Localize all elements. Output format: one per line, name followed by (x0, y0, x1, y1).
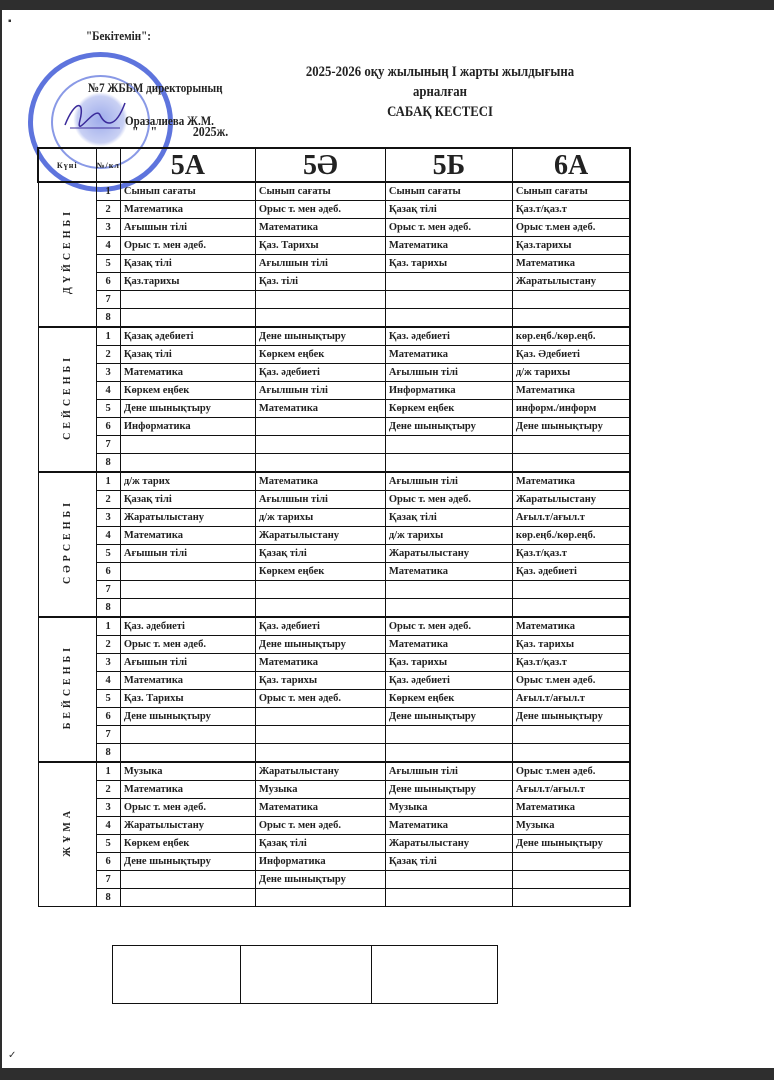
lesson-cell: Ағышын тілі (120, 654, 255, 672)
lesson-number: 3 (96, 799, 120, 817)
lesson-cell: Көркем еңбек (120, 835, 255, 853)
lesson-cell: Қаз. тілі (255, 273, 385, 291)
lesson-cell (255, 418, 385, 436)
lesson-cell (385, 309, 512, 328)
lesson-cell: Қазақ тілі (120, 346, 255, 364)
table-row: 6Дене шынықтыруДене шынықтыруДене шынықт… (38, 708, 630, 726)
table-row: 3Жаратылыстануд/ж тарихыҚазақ тіліАғыл.т… (38, 509, 630, 527)
lesson-cell (120, 309, 255, 328)
table-row: 8 (38, 454, 630, 473)
lesson-cell: Музыка (385, 799, 512, 817)
lesson-cell: Сынып сағаты (120, 182, 255, 201)
lesson-number: 7 (96, 581, 120, 599)
table-row: 4Көркем еңбекАғылшын тіліИнформатикаМате… (38, 382, 630, 400)
lesson-cell: Көркем еңбек (255, 563, 385, 581)
lesson-cell: Көркем еңбек (255, 346, 385, 364)
lesson-cell: Математика (385, 237, 512, 255)
lesson-cell: Музыка (512, 817, 630, 835)
lesson-number: 7 (96, 871, 120, 889)
lesson-cell: Қаз. әдебиеті (255, 617, 385, 636)
lesson-cell: Ағылшын тілі (255, 491, 385, 509)
lesson-cell: Қаз. тарихы (512, 636, 630, 654)
lesson-cell: Дене шынықтыру (385, 708, 512, 726)
day-label-thursday: БЕЙСЕНБІ (38, 617, 96, 762)
table-row: 2Қазақ тіліКөркем еңбекМатематикаҚаз. Әд… (38, 346, 630, 364)
lesson-cell: Дене шынықтыру (120, 853, 255, 871)
lesson-cell: Математика (255, 654, 385, 672)
lesson-cell (512, 871, 630, 889)
lesson-cell (385, 454, 512, 473)
lesson-cell: Орыс т. мен әдеб. (120, 799, 255, 817)
lesson-cell: Орыс т. мен әдеб. (385, 219, 512, 237)
lesson-cell (255, 889, 385, 907)
table-row: 8 (38, 599, 630, 618)
lesson-cell: Сынып сағаты (512, 182, 630, 201)
table-row: 2Орыс т. мен әдеб.Дене шынықтыруМатемати… (38, 636, 630, 654)
lesson-cell (512, 726, 630, 744)
day-name: ЖҰМА (59, 807, 76, 857)
lesson-cell: Математика (120, 672, 255, 690)
lesson-cell (512, 291, 630, 309)
table-row: БЕЙСЕНБІ1Қаз. әдебиетіҚаз. әдебиетіОрыс … (38, 617, 630, 636)
day-label-tuesday: СЕЙСЕНБІ (38, 327, 96, 472)
lesson-number: 5 (96, 690, 120, 708)
lesson-cell: Орыс т.мен әдеб. (512, 672, 630, 690)
lesson-cell: Ағышын тілі (120, 545, 255, 563)
table-row: 8 (38, 309, 630, 328)
lesson-cell: Орыс т. мен әдеб. (255, 690, 385, 708)
table-row: 7 (38, 291, 630, 309)
lesson-cell: Информатика (255, 853, 385, 871)
lesson-number: 7 (96, 291, 120, 309)
lesson-cell: Қаз.т/қаз.т (512, 201, 630, 219)
lesson-number: 4 (96, 382, 120, 400)
lesson-cell: Қазақ әдебиеті (120, 327, 255, 346)
lesson-cell: Ағылшын тілі (385, 472, 512, 491)
lesson-number: 3 (96, 364, 120, 382)
lesson-cell: Қаз. Тарихы (120, 690, 255, 708)
lesson-cell (120, 599, 255, 618)
lesson-number: 6 (96, 273, 120, 291)
lesson-cell: Математика (512, 617, 630, 636)
lesson-cell (512, 599, 630, 618)
lesson-cell: Дене шынықтыру (385, 781, 512, 799)
lesson-number: 3 (96, 509, 120, 527)
lesson-cell (120, 563, 255, 581)
table-row: 2МатематикаМузыкаДене шынықтыруАғыл.т/ағ… (38, 781, 630, 799)
day-name: ДҮЙСЕНБІ (59, 208, 76, 294)
lesson-cell: Математика (255, 400, 385, 418)
table-row: 4МатематикаҚаз. тарихыҚаз. әдебиетіОрыс … (38, 672, 630, 690)
day-label-monday: ДҮЙСЕНБІ (38, 182, 96, 327)
scan-speck: ▪ (8, 16, 12, 27)
blank-cell (372, 946, 498, 1004)
lesson-cell: Жаратылыстану (120, 817, 255, 835)
table-row: СЕЙСЕНБІ1Қазақ әдебиетіДене шынықтыруҚаз… (38, 327, 630, 346)
lesson-cell: Қаз. әдебиеті (512, 563, 630, 581)
table-row: ЖҰМА1МузыкаЖаратылыстануАғылшын тіліОрыс… (38, 762, 630, 781)
lesson-number: 8 (96, 889, 120, 907)
lesson-cell (120, 744, 255, 763)
lesson-cell (255, 436, 385, 454)
lesson-cell: Қаз. Әдебиеті (512, 346, 630, 364)
lesson-cell: Математика (385, 817, 512, 835)
lesson-number: 1 (96, 762, 120, 781)
lesson-cell (512, 581, 630, 599)
lesson-number: 2 (96, 346, 120, 364)
lesson-cell: Дене шынықтыру (385, 418, 512, 436)
lesson-number: 5 (96, 545, 120, 563)
lesson-cell: Дене шынықтыру (255, 636, 385, 654)
lesson-cell: Жаратылыстану (512, 273, 630, 291)
lesson-cell: Қазақ тілі (385, 853, 512, 871)
lesson-cell: Жаратылыстану (255, 762, 385, 781)
lesson-cell: Қаз. әдебиеті (120, 617, 255, 636)
approval-label: "Бекітемін": (86, 28, 151, 44)
lesson-cell: Дене шынықтыру (512, 835, 630, 853)
lesson-cell: Қазақ тілі (120, 255, 255, 273)
lesson-cell: Математика (385, 636, 512, 654)
table-row: 4ЖаратылыстануОрыс т. мен әдеб.Математик… (38, 817, 630, 835)
lesson-number: 6 (96, 708, 120, 726)
table-row: СӘРСЕНБІ1д/ж тарихМатематикаАғылшын тілі… (38, 472, 630, 491)
lesson-number: 4 (96, 817, 120, 835)
lesson-number: 3 (96, 654, 120, 672)
lesson-number-header: №/кл (96, 148, 120, 182)
lesson-cell (255, 309, 385, 328)
lesson-cell (120, 291, 255, 309)
lesson-cell (512, 454, 630, 473)
class-header-5a: 5А (120, 148, 255, 182)
lesson-cell: Дене шынықтыру (512, 418, 630, 436)
title-line-3: САБАҚ КЕСТЕСІ (283, 102, 598, 122)
title-line-1: 2025-2026 оқу жылының І жарты жылдығына (283, 62, 598, 82)
lesson-cell (385, 291, 512, 309)
lesson-cell (385, 436, 512, 454)
lesson-cell (255, 708, 385, 726)
lesson-number: 8 (96, 454, 120, 473)
lesson-cell: д/ж тарихы (385, 527, 512, 545)
lesson-number: 8 (96, 309, 120, 328)
lesson-number: 1 (96, 472, 120, 491)
lesson-cell: Дене шынықтыру (255, 871, 385, 889)
table-row: 6Дене шынықтыруИнформатикаҚазақ тілі (38, 853, 630, 871)
lesson-cell (385, 871, 512, 889)
lesson-cell (120, 454, 255, 473)
lesson-cell: Орыс т. мен әдеб. (255, 201, 385, 219)
lesson-cell: көр.еңб./көр.еңб. (512, 527, 630, 545)
lesson-cell (120, 726, 255, 744)
day-column-header: Күні (38, 148, 96, 182)
lesson-number: 1 (96, 617, 120, 636)
lesson-number: 5 (96, 400, 120, 418)
lesson-cell: Көркем еңбек (385, 400, 512, 418)
day-name: СӘРСЕНБІ (59, 499, 76, 584)
lesson-number: 7 (96, 726, 120, 744)
lesson-cell (255, 599, 385, 618)
lesson-number: 1 (96, 182, 120, 201)
lesson-cell: Ағылшын тілі (255, 255, 385, 273)
lesson-cell (120, 581, 255, 599)
lesson-cell: Қаз.тарихы (512, 237, 630, 255)
lesson-number: 5 (96, 255, 120, 273)
lesson-cell: Қаз. тарихы (385, 654, 512, 672)
table-row: 6ИнформатикаДене шынықтыруДене шынықтыру (38, 418, 630, 436)
table-row: ДҮЙСЕНБІ1Сынып сағатыСынып сағатыСынып с… (38, 182, 630, 201)
lesson-number: 1 (96, 327, 120, 346)
lesson-cell: Орыс т. мен әдеб. (385, 491, 512, 509)
lesson-cell: Қаз. әдебиеті (385, 327, 512, 346)
lesson-cell: д/ж тарихы (512, 364, 630, 382)
lesson-cell: Жаратылыстану (120, 509, 255, 527)
table-row: 8 (38, 889, 630, 907)
table-row: 7Дене шынықтыру (38, 871, 630, 889)
lesson-cell: Математика (512, 255, 630, 273)
lesson-cell: информ./информ (512, 400, 630, 418)
lesson-cell: д/ж тарихы (255, 509, 385, 527)
blank-extra-row (112, 945, 498, 1004)
lesson-cell: Ағыл.т/ағыл.т (512, 509, 630, 527)
lesson-cell: Қаз. әдебиеті (385, 672, 512, 690)
lesson-cell: Ағылшын тілі (255, 382, 385, 400)
lesson-cell: Қаз. тарихы (255, 672, 385, 690)
day-label-wednesday: СӘРСЕНБІ (38, 472, 96, 617)
lesson-cell: Орыс т. мен әдеб. (120, 237, 255, 255)
lesson-cell: көр.еңб./көр.еңб. (512, 327, 630, 346)
lesson-cell: Дене шынықтыру (255, 327, 385, 346)
lesson-cell (385, 273, 512, 291)
lesson-cell: Информатика (385, 382, 512, 400)
lesson-cell: Математика (385, 346, 512, 364)
lesson-cell: Орыс т. мен әдеб. (120, 636, 255, 654)
table-row: 2Қазақ тіліАғылшын тіліОрыс т. мен әдеб.… (38, 491, 630, 509)
lesson-cell (385, 726, 512, 744)
lesson-cell (512, 853, 630, 871)
lesson-cell (512, 889, 630, 907)
blank-cell (113, 946, 241, 1004)
lesson-cell (385, 581, 512, 599)
lesson-cell: Ағышын тілі (120, 219, 255, 237)
lesson-number: 8 (96, 744, 120, 763)
lesson-cell: Математика (120, 781, 255, 799)
table-row: 5Қаз. ТарихыОрыс т. мен әдеб.Көркем еңбе… (38, 690, 630, 708)
lesson-cell (120, 889, 255, 907)
table-row: 7 (38, 436, 630, 454)
lesson-number: 4 (96, 672, 120, 690)
lesson-cell (120, 436, 255, 454)
table-row: 3Ағышын тіліМатематикаОрыс т. мен әдеб.О… (38, 219, 630, 237)
lesson-cell: Көркем еңбек (120, 382, 255, 400)
lesson-cell: Сынып сағаты (385, 182, 512, 201)
lesson-cell: Қазақ тілі (120, 491, 255, 509)
lesson-cell: Ағыл.т/ағыл.т (512, 690, 630, 708)
lesson-cell: Ағылшын тілі (385, 762, 512, 781)
class-header-6a: 6А (512, 148, 630, 182)
lesson-cell: Математика (255, 799, 385, 817)
lesson-cell: Қаз.тарихы (120, 273, 255, 291)
lesson-cell: Жаратылыстану (512, 491, 630, 509)
class-header-5ae: 5Ә (255, 148, 385, 182)
table-row: 6Көркем еңбекМатематикаҚаз. әдебиеті (38, 563, 630, 581)
lesson-number: 7 (96, 436, 120, 454)
lesson-cell: Музыка (255, 781, 385, 799)
lesson-number: 8 (96, 599, 120, 618)
day-name: БЕЙСЕНБІ (59, 644, 76, 729)
lesson-number: 6 (96, 418, 120, 436)
lesson-cell (385, 744, 512, 763)
lesson-cell: Жаратылыстану (255, 527, 385, 545)
class-header-5b: 5Б (385, 148, 512, 182)
lesson-cell: Қазақ тілі (385, 509, 512, 527)
lesson-cell: Қаз.т/қаз.т (512, 654, 630, 672)
lesson-number: 4 (96, 237, 120, 255)
lesson-cell: Математика (120, 527, 255, 545)
lesson-cell (255, 454, 385, 473)
schedule-table: Күні №/кл 5А 5Ә 5Б 6А ДҮЙСЕНБІ1Сынып сағ… (37, 147, 631, 907)
director-label: №7 ЖББМ директорының (88, 80, 222, 96)
lesson-cell: Көркем еңбек (385, 690, 512, 708)
viewer-top-bar (0, 0, 774, 10)
lesson-cell: Дене шынықтыру (120, 400, 255, 418)
lesson-number: 5 (96, 835, 120, 853)
lesson-cell: Информатика (120, 418, 255, 436)
title-line-2: арналған (283, 82, 598, 102)
lesson-cell (255, 744, 385, 763)
table-row: 3Ағышын тіліМатематикаҚаз. тарихыҚаз.т/қ… (38, 654, 630, 672)
lesson-cell: Дене шынықтыру (512, 708, 630, 726)
table-row: 5Көркем еңбекҚазақ тіліЖаратылыстануДене… (38, 835, 630, 853)
lesson-cell: Орыс т. мен әдеб. (385, 617, 512, 636)
lesson-cell: Математика (512, 799, 630, 817)
lesson-cell (255, 581, 385, 599)
lesson-number: 4 (96, 527, 120, 545)
lesson-cell: Музыка (120, 762, 255, 781)
lesson-cell: Математика (255, 219, 385, 237)
lesson-number: 6 (96, 563, 120, 581)
lesson-cell: Дене шынықтыру (120, 708, 255, 726)
lesson-cell: Қазақ тілі (385, 201, 512, 219)
approval-date: " " 2025ж. (132, 125, 228, 141)
lesson-cell: Орыс т.мен әдеб. (512, 219, 630, 237)
table-row: 7 (38, 581, 630, 599)
table-row: 3МатематикаҚаз. әдебиетіАғылшын тілід/ж … (38, 364, 630, 382)
scan-speck: ✓ (8, 1050, 16, 1061)
lesson-cell: Қаз. Тарихы (255, 237, 385, 255)
document-title: 2025-2026 оқу жылының І жарты жылдығына … (255, 62, 625, 122)
table-row: 5Дене шынықтыруМатематикаКөркем еңбекинф… (38, 400, 630, 418)
table-row: 6Қаз.тарихыҚаз. тіліЖаратылыстану (38, 273, 630, 291)
lesson-cell: Қазақ тілі (255, 835, 385, 853)
lesson-cell (512, 436, 630, 454)
table-row: 8 (38, 744, 630, 763)
signature-icon (60, 95, 130, 135)
lesson-cell (120, 871, 255, 889)
day-label-friday: ЖҰМА (38, 762, 96, 907)
lesson-cell: Қаз.т/қаз.т (512, 545, 630, 563)
lesson-cell: Ағыл.т/ағыл.т (512, 781, 630, 799)
lesson-cell: Математика (385, 563, 512, 581)
table-row: 2МатематикаОрыс т. мен әдеб.Қазақ тіліҚа… (38, 201, 630, 219)
lesson-cell: Қаз. әдебиеті (255, 364, 385, 382)
lesson-number: 2 (96, 201, 120, 219)
lesson-number: 2 (96, 491, 120, 509)
lesson-cell (385, 599, 512, 618)
lesson-number: 6 (96, 853, 120, 871)
table-row: 5Ағышын тіліҚазақ тіліЖаратылыстануҚаз.т… (38, 545, 630, 563)
lesson-cell: Математика (512, 382, 630, 400)
table-header-row: Күні №/кл 5А 5Ә 5Б 6А (38, 148, 630, 182)
lesson-cell (255, 726, 385, 744)
lesson-cell: Математика (512, 472, 630, 491)
lesson-cell: Орыс т. мен әдеб. (255, 817, 385, 835)
lesson-cell: Орыс т.мен әдеб. (512, 762, 630, 781)
day-name: СЕЙСЕНБІ (59, 354, 76, 440)
table-row: 5Қазақ тіліАғылшын тіліҚаз. тарихыМатема… (38, 255, 630, 273)
lesson-cell: Ағылшын тілі (385, 364, 512, 382)
lesson-cell: Математика (120, 364, 255, 382)
lesson-cell (512, 744, 630, 763)
lesson-cell: д/ж тарих (120, 472, 255, 491)
lesson-number: 2 (96, 781, 120, 799)
lesson-cell: Жаратылыстану (385, 545, 512, 563)
lesson-number: 3 (96, 219, 120, 237)
table-row: 7 (38, 726, 630, 744)
lesson-cell: Қаз. тарихы (385, 255, 512, 273)
lesson-number: 2 (96, 636, 120, 654)
table-row: 4Орыс т. мен әдеб.Қаз. ТарихыМатематикаҚ… (38, 237, 630, 255)
table-row: 3Орыс т. мен әдеб.МатематикаМузыкаМатема… (38, 799, 630, 817)
lesson-cell: Математика (120, 201, 255, 219)
lesson-cell: Математика (255, 472, 385, 491)
lesson-cell (385, 889, 512, 907)
lesson-cell: Жаратылыстану (385, 835, 512, 853)
table-row: 4МатематикаЖаратылыстануд/ж тарихыкөр.ең… (38, 527, 630, 545)
lesson-cell: Сынып сағаты (255, 182, 385, 201)
blank-cell (241, 946, 372, 1004)
lesson-cell (512, 309, 630, 328)
lesson-cell: Қазақ тілі (255, 545, 385, 563)
lesson-cell (255, 291, 385, 309)
viewer-bottom-bar (0, 1068, 774, 1080)
